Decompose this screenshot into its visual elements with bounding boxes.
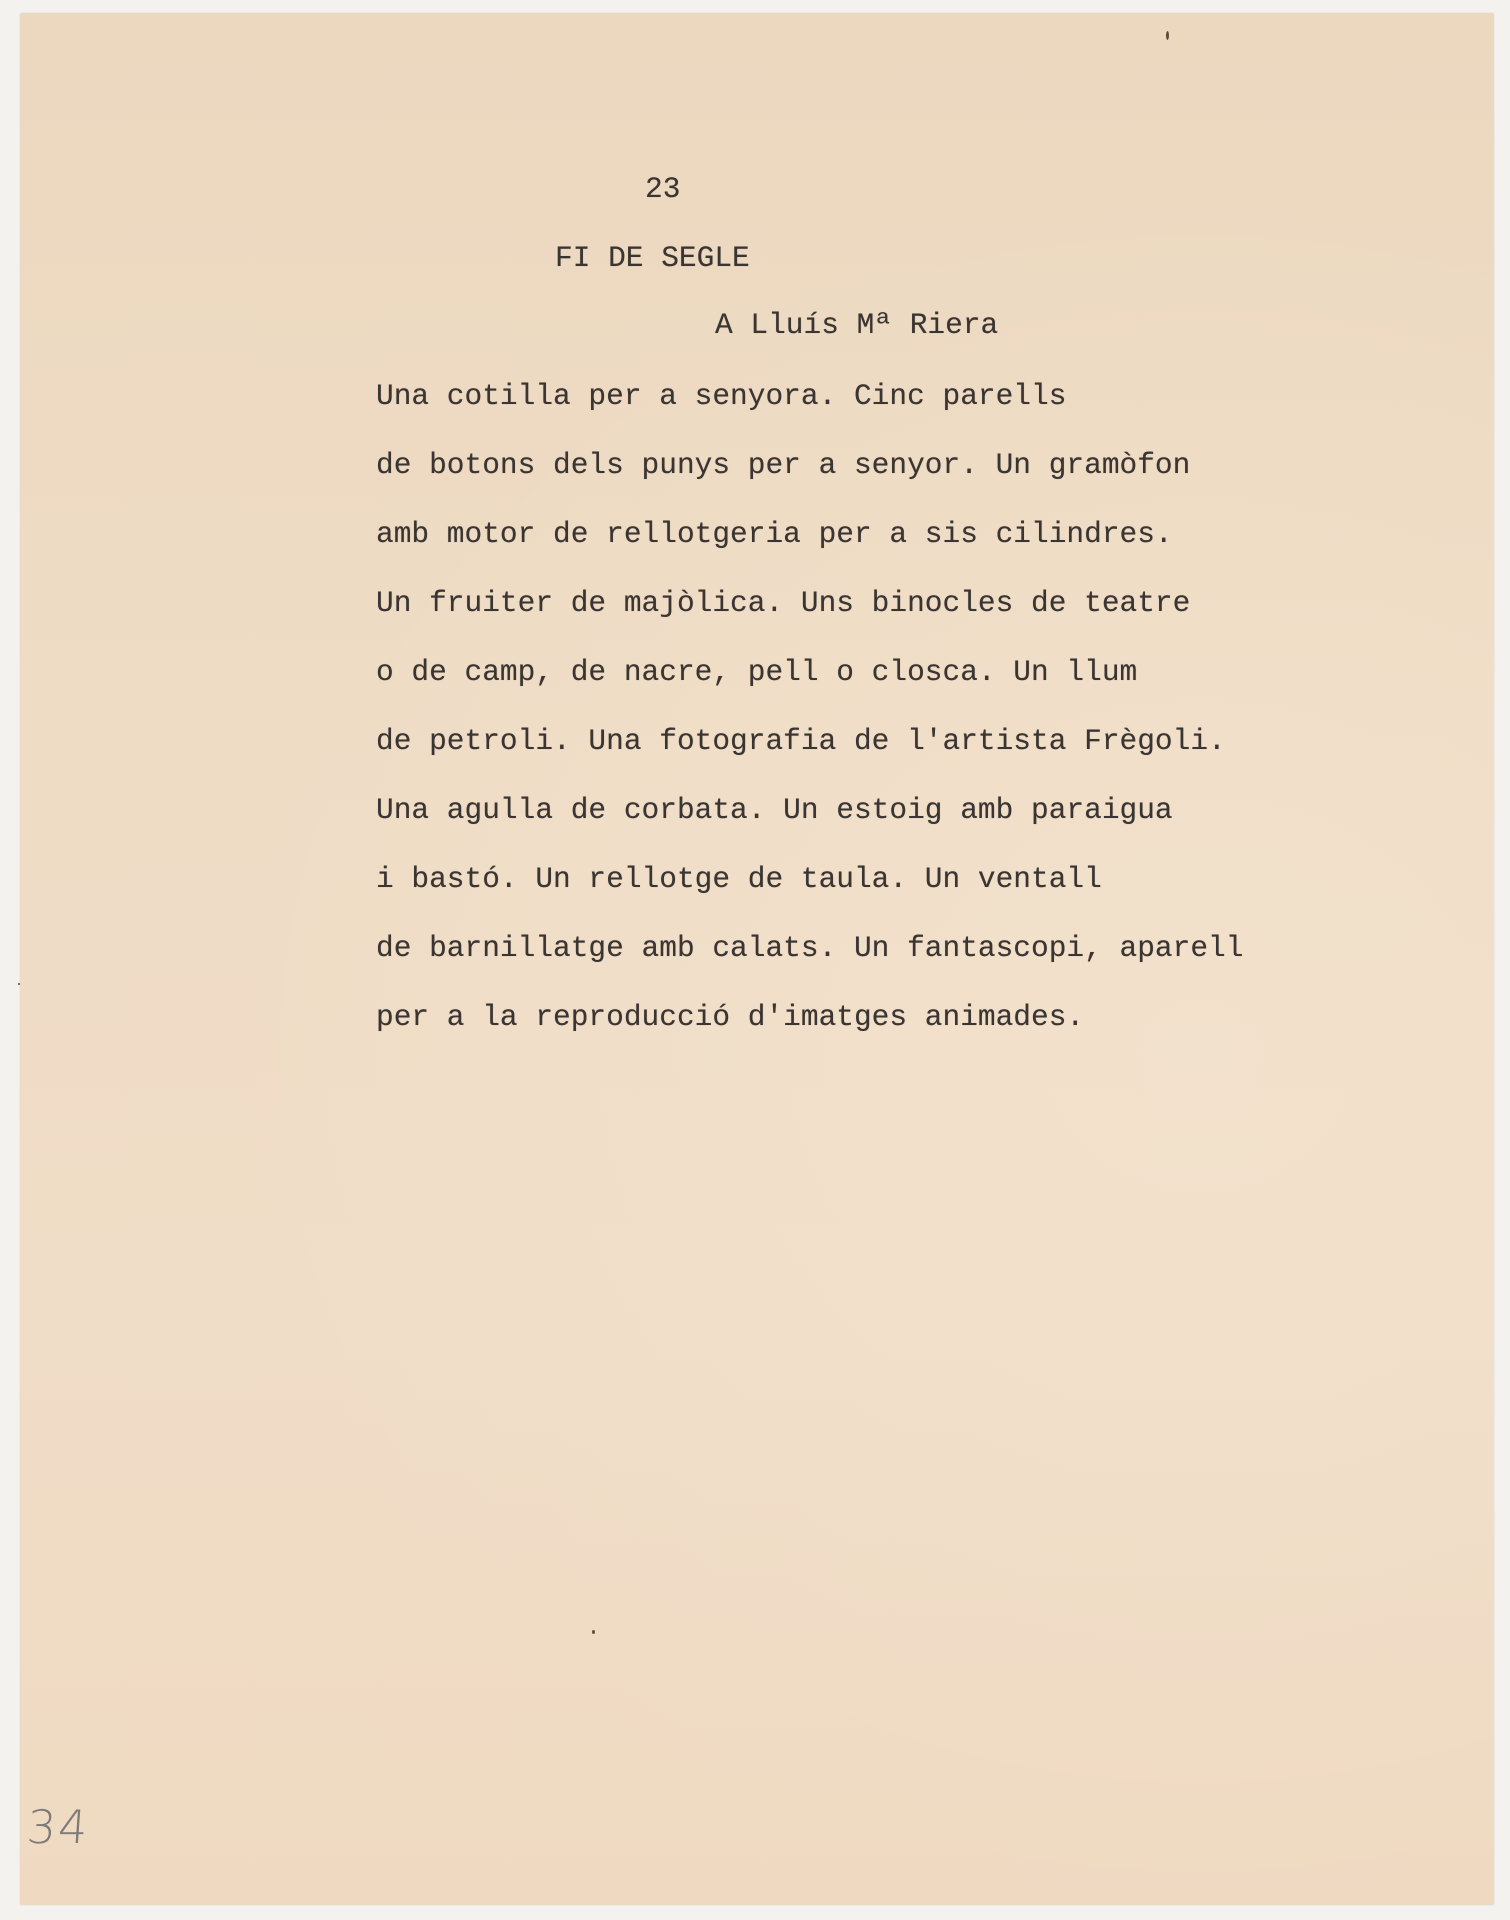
ink-speck [18, 983, 20, 985]
page-number: 23 [645, 175, 680, 205]
poem-body: Una cotilla per a senyora. Cinc parells … [376, 381, 1243, 1071]
ink-speck [1166, 31, 1169, 40]
ink-speck [592, 1630, 595, 1634]
poem-line: de barnillatge amb calats. Un fantascopi… [376, 933, 1243, 1002]
poem-line: Una agulla de corbata. Un estoig amb par… [376, 795, 1243, 864]
poem-line: per a la reproducció d'imatges animades. [376, 1002, 1243, 1071]
poem-line: de botons dels punys per a senyor. Un gr… [376, 450, 1243, 519]
poem-line: i bastó. Un rellotge de taula. Un vental… [376, 864, 1243, 933]
poem-line: Un fruiter de majòlica. Uns binocles de … [376, 588, 1243, 657]
handwritten-folio-number: 34 [25, 1800, 91, 1854]
poem-line: Una cotilla per a senyora. Cinc parells [376, 381, 1243, 450]
dedication: A Lluís Mª Riera [715, 311, 998, 341]
poem-line: amb motor de rellotgeria per a sis cilin… [376, 519, 1243, 588]
poem-title: FI DE SEGLE [555, 244, 750, 274]
poem-line: o de camp, de nacre, pell o closca. Un l… [376, 657, 1243, 726]
poem-line: de petroli. Una fotografia de l'artista … [376, 726, 1243, 795]
